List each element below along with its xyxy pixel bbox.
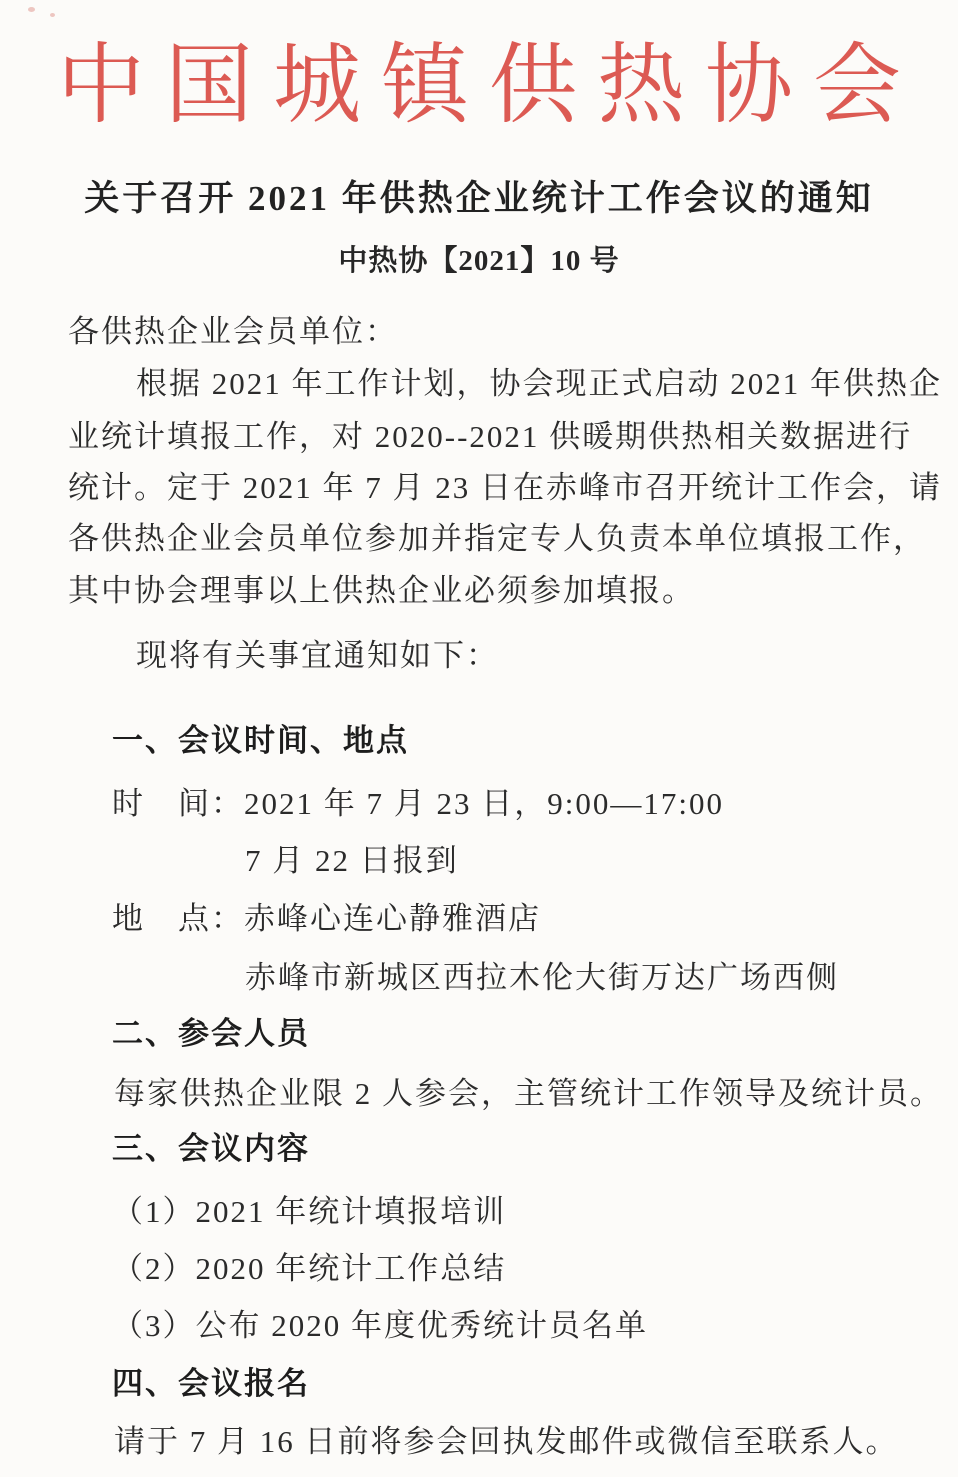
intro-line-3: 统计。定于 2021 年 7 月 23 日在赤峰市召开统计工作会，请 (68, 472, 942, 503)
section-2-body: 每家供热企业限 2 人参会，主管统计工作领导及统计员。 (114, 1078, 943, 1109)
meeting-time-line: 时 间：2021 年 7 月 23 日，9:00—17:00 (112, 788, 724, 819)
section-4-heading: 四、会议报名 (112, 1368, 310, 1399)
scan-artifact (28, 7, 35, 12)
agenda-item-1: （1）2021 年统计填报培训 (112, 1196, 506, 1227)
intro-line-4: 各供热企业会员单位参加并指定专人负责本单位填报工作， (68, 523, 926, 554)
salutation: 各供热企业会员单位： (68, 316, 398, 347)
section-3-heading: 三、会议内容 (112, 1133, 310, 1164)
agenda-item-3: （3）公布 2020 年度优秀统计员名单 (112, 1310, 648, 1341)
doc-number: 中热协【2021】10 号 (0, 247, 958, 276)
meeting-time-line-2: 7 月 22 日报到 (245, 845, 459, 876)
section-1-heading: 一、会议时间、地点 (112, 725, 409, 756)
section-2-heading: 二、参会人员 (112, 1018, 310, 1049)
scanned-notice-document: 中国城镇供热协会 关于召开 2021 年供热企业统计工作会议的通知 中热协【20… (0, 0, 958, 1477)
intro-line-2: 业统计填报工作，对 2020--2021 供暖期供热相关数据进行 (68, 421, 912, 452)
intro-line-5: 其中协会理事以上供热企业必须参加填报。 (68, 575, 695, 606)
meeting-place-line-2: 赤峰市新城区西拉木伦大街万达广场西侧 (245, 962, 839, 993)
intro-line-1: 根据 2021 年工作计划，协会现正式启动 2021 年供热企 (136, 368, 942, 399)
scan-artifact (50, 13, 55, 17)
notice-title: 关于召开 2021 年供热企业统计工作会议的通知 (0, 181, 958, 216)
section-4-body: 请于 7 月 16 日前将参会回执发邮件或微信至联系人。 (114, 1426, 899, 1457)
meeting-place-line: 地 点：赤峰心连心静雅酒店 (112, 903, 541, 934)
notice-line: 现将有关事宜通知如下： (136, 640, 499, 671)
org-name: 中国城镇供热协会 (0, 38, 958, 136)
agenda-item-2: （2）2020 年统计工作总结 (112, 1253, 506, 1284)
